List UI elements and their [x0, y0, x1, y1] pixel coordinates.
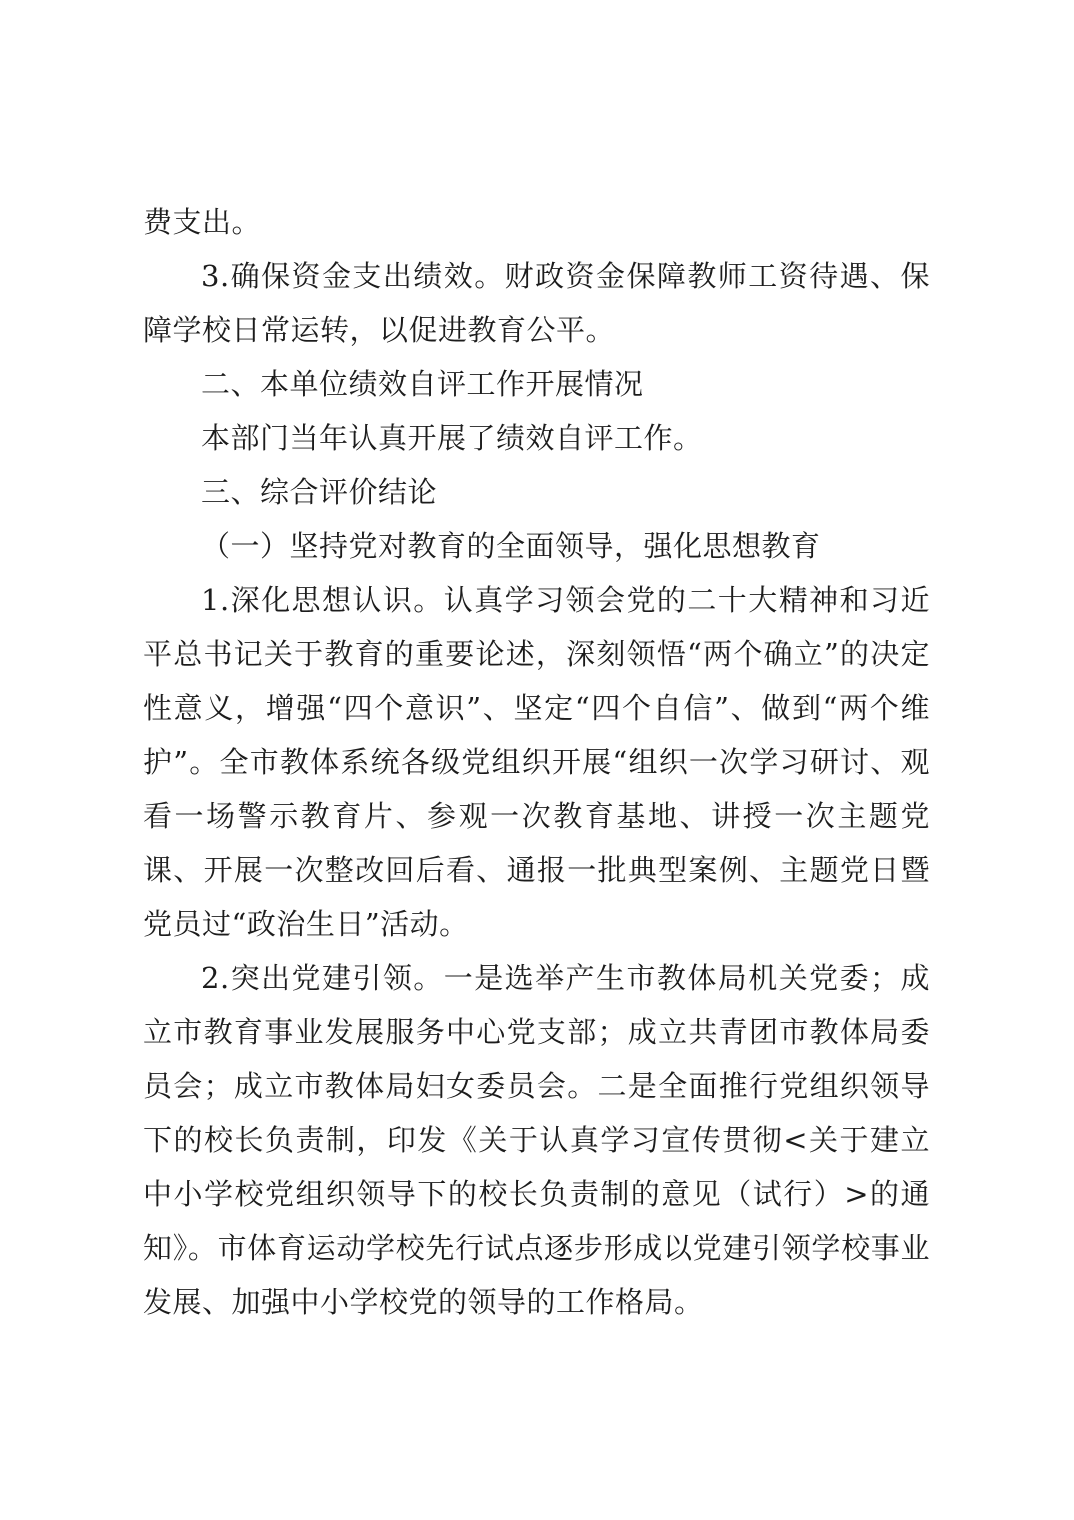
paragraph-body: 2.突出党建引领。一是选举产生市教体局机关党委；成立市教育事业发展服务中心党支部… — [143, 951, 930, 1329]
paragraph-continuation: 费支出。 — [143, 195, 930, 249]
document-page: 费支出。 3.确保资金支出绩效。财政资金保障教师工资待遇、保障学校日常运转，以促… — [0, 0, 1074, 1520]
subsection-heading: （一）坚持党对教育的全面领导，强化思想教育 — [143, 519, 930, 573]
paragraph-body: 3.确保资金支出绩效。财政资金保障教师工资待遇、保障学校日常运转，以促进教育公平… — [143, 249, 930, 357]
document-text-block: 费支出。 3.确保资金支出绩效。财政资金保障教师工资待遇、保障学校日常运转，以促… — [143, 195, 930, 1329]
section-heading: 三、综合评价结论 — [143, 465, 930, 519]
paragraph-body: 本部门当年认真开展了绩效自评工作。 — [143, 411, 930, 465]
section-heading: 二、本单位绩效自评工作开展情况 — [143, 357, 930, 411]
paragraph-body: 1.深化思想认识。认真学习领会党的二十大精神和习近平总书记关于教育的重要论述，深… — [143, 573, 930, 951]
